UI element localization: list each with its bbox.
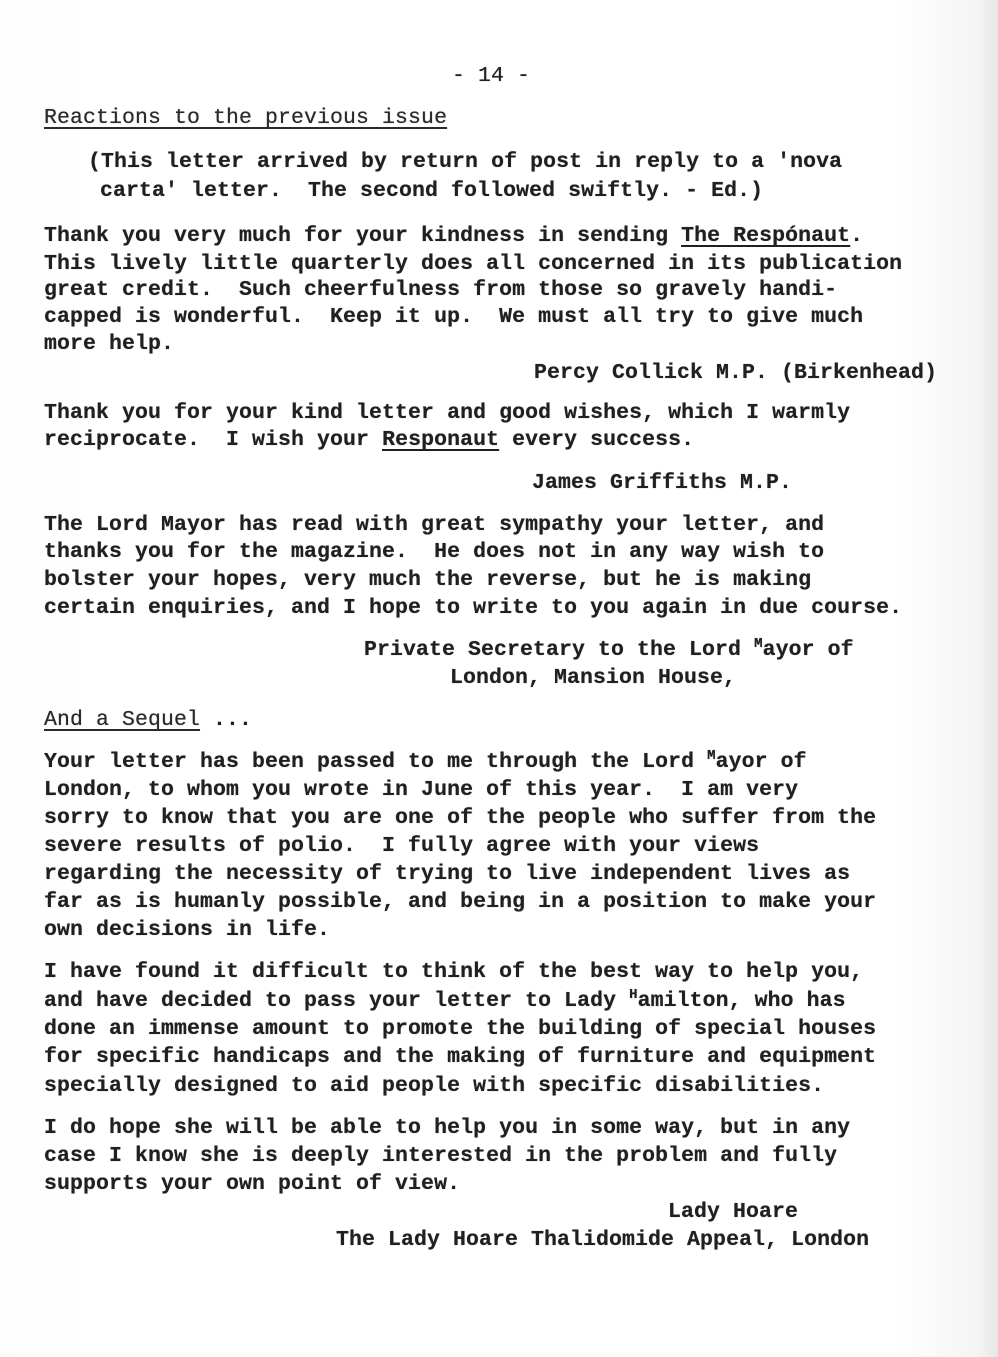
letter3-line: certain enquiries, and I hope to write t… <box>44 594 902 622</box>
letter2-text: every success. <box>499 428 694 452</box>
letter4-text: and have decided to pass your letter to … <box>44 989 629 1013</box>
letter3-signature-text: M <box>754 636 763 652</box>
letter4-text: amilton, who has <box>638 989 846 1013</box>
letter4-signature-name: Lady Hoare <box>668 1198 798 1226</box>
letter4-line: done an immense amount to promote the bu… <box>44 1015 876 1043</box>
letter3-line: The Lord Mayor has read with great sympa… <box>44 511 824 539</box>
letter1-line: more help. <box>44 330 174 358</box>
letter1-signature: Percy Collick M.P. (Birkenhead) <box>534 359 937 387</box>
letter4-line: London, to whom you wrote in June of thi… <box>44 776 798 804</box>
letter4-signature-org: The Lady Hoare Thalidomide Appeal, Londo… <box>336 1226 869 1254</box>
letter2-text: reciprocate. I wish your <box>44 428 382 452</box>
document-page: - 14 - Reactions to the previous issue (… <box>0 0 998 1357</box>
letter4-line: case I know she is deeply interested in … <box>44 1142 837 1170</box>
magazine-title: Responaut <box>382 428 499 452</box>
section-heading-sequel: And a Sequel ... <box>44 706 252 734</box>
letter4-line: for specific handicaps and the making of… <box>44 1043 876 1071</box>
letter1-line: great credit. Such cheerfulness from tho… <box>44 276 837 304</box>
letter4-line: regarding the necessity of trying to liv… <box>44 860 850 888</box>
letter3-signature-line: Private Secretary to the Lord Mayor of <box>364 636 854 666</box>
letter4-text: H <box>629 987 638 1003</box>
letter3-signature-text: Private Secretary to the Lord <box>364 638 754 662</box>
magazine-title: The Respónaut <box>681 224 850 248</box>
letter1-line: This lively little quarterly does all co… <box>44 250 902 278</box>
letter3-signature-text: ayor of <box>763 638 854 662</box>
editor-note-line: carta' letter. The second followed swift… <box>100 177 763 205</box>
letter3-signature-line: London, Mansion House, <box>450 664 736 692</box>
letter2-line: Thank you for your kind letter and good … <box>44 399 850 427</box>
letter4-line: and have decided to pass your letter to … <box>44 987 846 1017</box>
letter4-line: I do hope she will be able to help you i… <box>44 1114 850 1142</box>
letter3-line: bolster your hopes, very much the revers… <box>44 566 811 594</box>
section-heading-reactions: Reactions to the previous issue <box>44 104 447 132</box>
letter4-line: severe results of polio. I fully agree w… <box>44 832 759 860</box>
page-number: - 14 - <box>452 62 530 90</box>
letter1-text: Thank you very much for your kindness in… <box>44 224 681 248</box>
sequel-heading-text: And a Sequel <box>44 708 200 732</box>
letter2-signature: James Griffiths M.P. <box>532 469 792 497</box>
letter4-line: specially designed to aid people with sp… <box>44 1072 824 1100</box>
letter3-line: thanks you for the magazine. He does not… <box>44 538 824 566</box>
letter4-line: I have found it difficult to think of th… <box>44 958 863 986</box>
letter1-text: . <box>850 224 863 248</box>
letter4-line: own decisions in life. <box>44 916 330 944</box>
sequel-heading-ellipsis: ... <box>200 708 252 732</box>
editor-note-line: (This letter arrived by return of post i… <box>88 148 842 176</box>
letter4-line: Your letter has been passed to me throug… <box>44 748 807 778</box>
letter1-line: capped is wonderful. Keep it up. We must… <box>44 303 863 331</box>
letter4-text: M <box>707 748 716 764</box>
letter1-line: Thank you very much for your kindness in… <box>44 222 863 250</box>
letter4-text: Your letter has been passed to me throug… <box>44 750 707 774</box>
letter4-line: far as is humanly possible, and being in… <box>44 888 876 916</box>
letter2-line: reciprocate. I wish your Responaut every… <box>44 426 694 454</box>
letter4-text: ayor of <box>716 750 807 774</box>
letter4-line: sorry to know that you are one of the pe… <box>44 804 876 832</box>
letter4-line: supports your own point of view. <box>44 1170 460 1198</box>
